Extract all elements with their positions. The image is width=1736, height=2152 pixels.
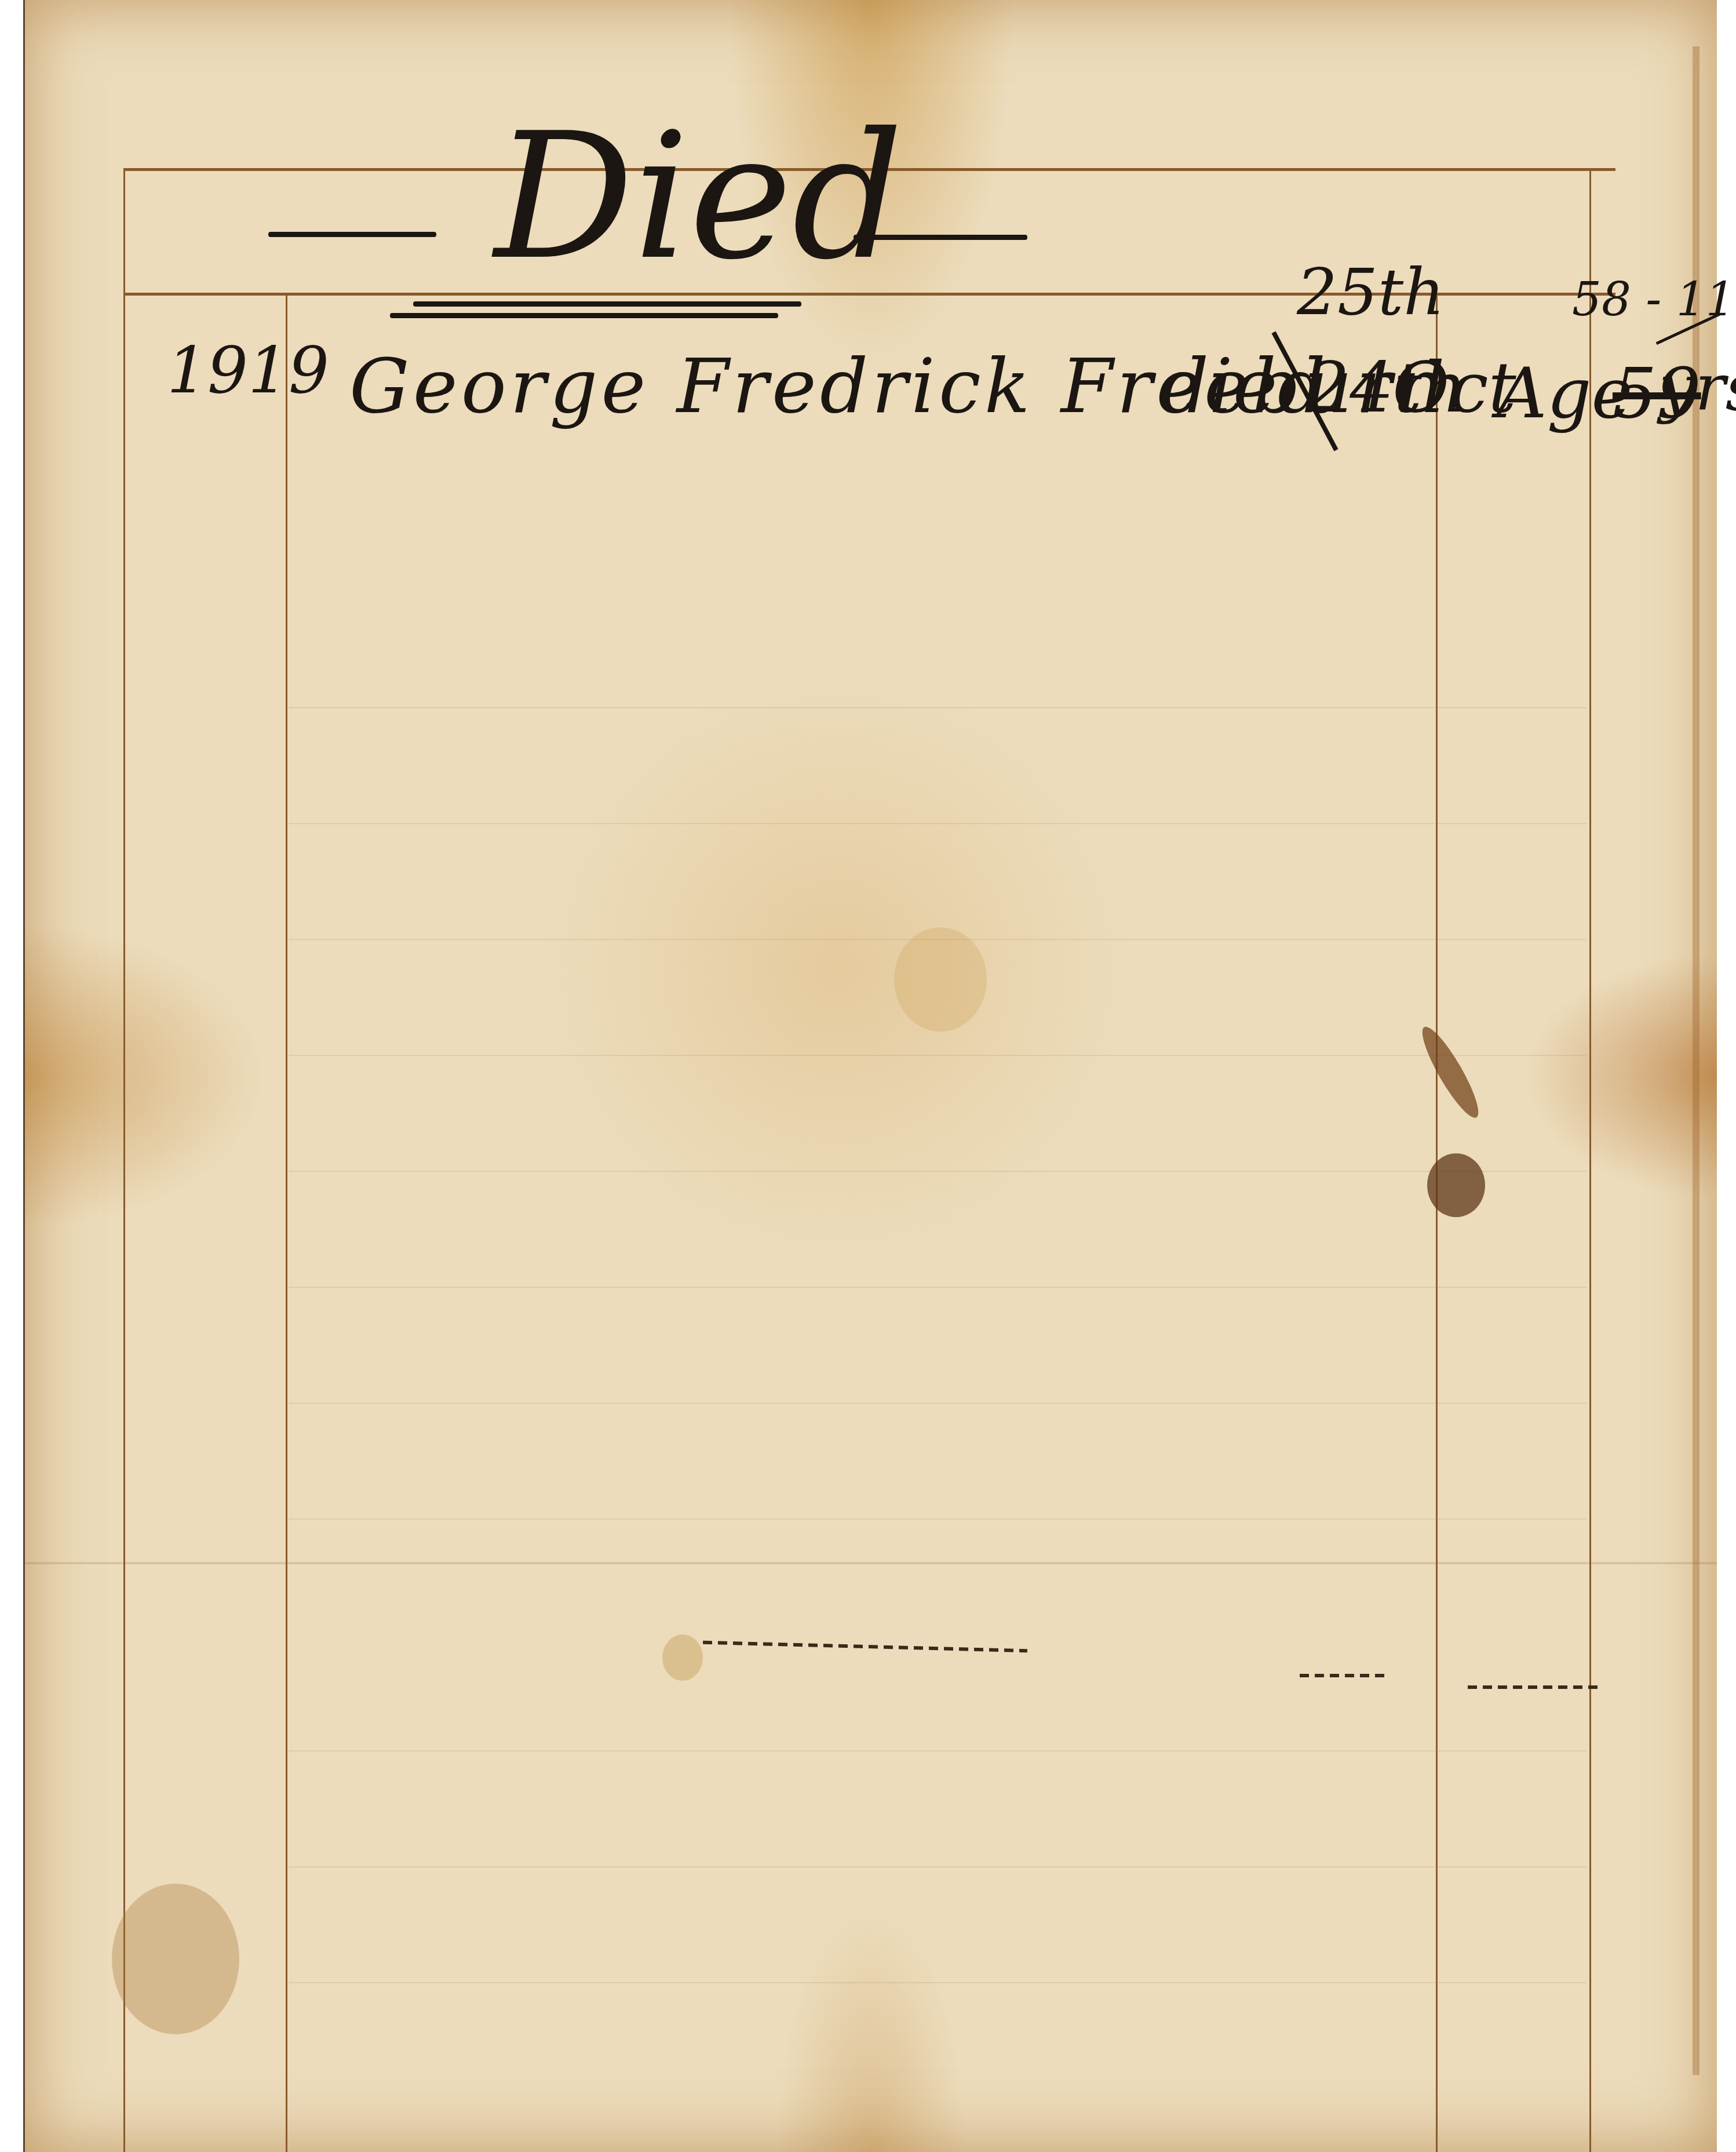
ruling-line: [289, 1750, 1587, 1752]
ruling-line: [289, 1287, 1587, 1288]
entry-age-unit: yrs: [1659, 351, 1736, 425]
entry-day-corrected: 25th: [1297, 255, 1445, 329]
heading-underline-2: [390, 313, 778, 318]
foxing-spot: [894, 927, 987, 1032]
entry-year: 1919: [167, 333, 329, 407]
page-heading: Died: [494, 99, 819, 296]
date-column-rule: [1436, 293, 1438, 2152]
foxing-spot: [662, 1634, 703, 1681]
ruling-line: [289, 1403, 1587, 1404]
ledger-page: Died 1919 George Fredrick Freeburn died …: [23, 0, 1717, 2152]
foxing-spot: [112, 1884, 239, 2034]
heading-underline-1: [413, 301, 801, 307]
left-margin-rule: [123, 168, 125, 2152]
ink-stain: [1414, 1021, 1487, 1123]
ruling-line: [289, 1982, 1587, 1983]
dotted-mark: [1300, 1674, 1387, 1677]
heading-dash-left: [268, 232, 436, 237]
dotted-mark: [1468, 1685, 1601, 1689]
ruling-line: [289, 1866, 1587, 1867]
ruling-line: [289, 823, 1587, 824]
ruling-line: [289, 1055, 1587, 1056]
ruling-line: [289, 1519, 1587, 1520]
dotted-mark: [703, 1641, 1027, 1653]
ruling-line: [289, 1171, 1587, 1172]
page-fold-crease: [25, 1562, 1717, 1564]
age-column-rule: [1589, 168, 1591, 2152]
ink-blot: [1427, 1153, 1485, 1217]
ruling-line: [289, 707, 1587, 708]
heading-dash-right: [854, 235, 1027, 240]
year-column-rule: [286, 293, 287, 2152]
